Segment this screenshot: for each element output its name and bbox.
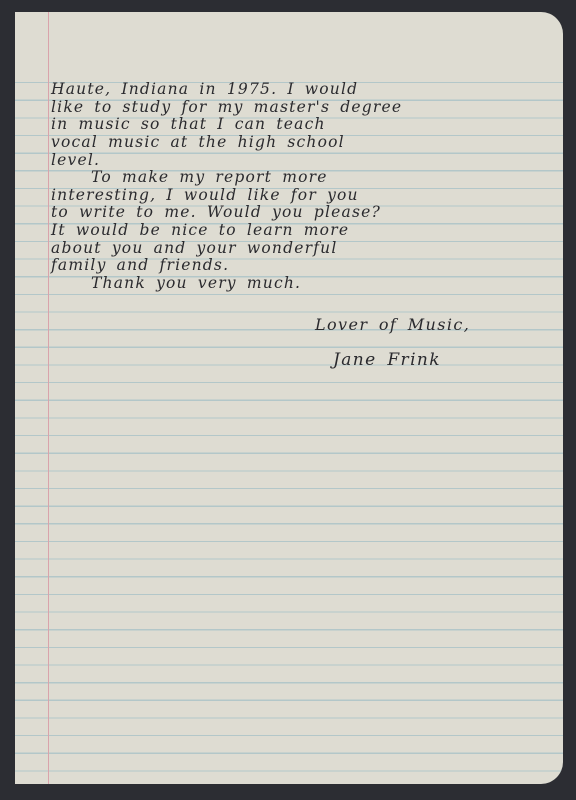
body-line: like to study for my master's degree [51, 99, 531, 117]
body-line: To make my report more [51, 169, 531, 187]
body-line: Haute, Indiana in 1975. I would [51, 81, 531, 99]
body-line: vocal music at the high school [51, 134, 531, 152]
body-line: It would be nice to learn more [51, 222, 531, 240]
body-line: level. [51, 152, 531, 170]
letter-page: Haute, Indiana in 1975. I would like to … [15, 12, 563, 784]
body-line: interesting, I would like for you [51, 187, 531, 205]
margin-line [48, 12, 49, 784]
body-line: about you and your wonderful [51, 240, 531, 258]
signature: Jane Frink [333, 350, 553, 370]
body-line: family and friends. [51, 257, 531, 275]
letter-body: Haute, Indiana in 1975. I would like to … [51, 81, 531, 293]
body-line: Thank you very much. [51, 275, 531, 293]
valediction: Lover of Music, [315, 315, 535, 334]
body-line: to write to me. Would you please? [51, 204, 531, 222]
body-line: in music so that I can teach [51, 116, 531, 134]
